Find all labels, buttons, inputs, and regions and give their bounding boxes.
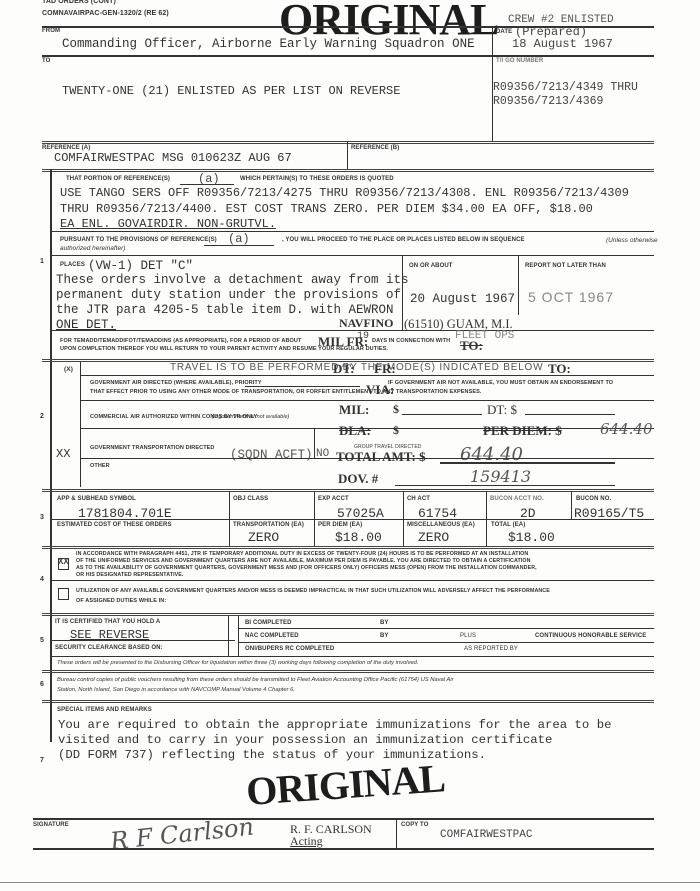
form-title: TAD ORDERS (Cont) bbox=[42, 0, 116, 5]
row-number-6: 6 bbox=[40, 681, 44, 688]
tempo-label: FOR TEMADD/TEMADDIFOT/TEMADDINS (as appr… bbox=[60, 338, 301, 344]
stamp-total-amt: TOTAL AMT: $ bbox=[336, 449, 426, 465]
transport-value: ZERO bbox=[248, 530, 279, 545]
total-label: TOTAL (ea) bbox=[491, 522, 525, 528]
reported-by-label: AS REPORTED BY bbox=[464, 646, 518, 652]
tad-quarters-check-mark: XX bbox=[58, 557, 69, 567]
row-number-4: 4 bbox=[40, 576, 44, 583]
on-or-about-label: ON OR ABOUT bbox=[409, 263, 453, 269]
signature-label: SIGNATURE bbox=[33, 822, 69, 828]
section6-line-1: Bureau control copies of public vouchers… bbox=[57, 677, 454, 683]
misc-value: ZERO bbox=[418, 530, 449, 545]
obj-class-label: OBJ CLASS bbox=[233, 496, 268, 502]
original-stamp-bottom: ORIGINAL bbox=[245, 754, 446, 815]
bucon-no-label: BUCON NO. bbox=[576, 496, 611, 502]
gov-trans-value: (SQDN ACFT) bbox=[230, 448, 313, 462]
places-line3: the JTR para 4205-5 table item D. with A… bbox=[56, 303, 394, 317]
exp-acct-label: EXP ACCT bbox=[318, 496, 349, 502]
travel-header: TRAVEL IS TO BE PERFORMED BY THE MODE(S)… bbox=[170, 362, 543, 373]
gov-air-suffix: IF GOVERNMENT AIR NOT AVAILABLE, YOU MUS… bbox=[388, 380, 613, 386]
from-label: FROM bbox=[42, 28, 60, 34]
form-number: COMNAVAIRPAC-GEN-1320/2 (RE 62) bbox=[42, 10, 169, 17]
impractical-checkbox[interactable] bbox=[58, 588, 69, 600]
per-diem-handwritten: 644.40 bbox=[600, 420, 653, 438]
impractical-text-2: OF ASSIGNED DUTIES WHILE IN: bbox=[76, 598, 166, 604]
stamp-dla-amount: $ bbox=[393, 423, 399, 438]
from-value: Commanding Officer, Airborne Early Warni… bbox=[62, 37, 475, 51]
other-label: OTHER bbox=[90, 463, 110, 469]
place-overstamp: NAVFINO bbox=[339, 316, 393, 331]
nac-by-label: BY bbox=[380, 633, 389, 639]
pursuant-note: (Unless otherwise bbox=[606, 237, 658, 244]
signer-title: Acting bbox=[290, 834, 323, 849]
date-value: 18 August 1967 bbox=[512, 37, 613, 51]
quoted-text-line1: USE TANGO SERS OFF R09356/7213/4275 THRU… bbox=[60, 186, 629, 200]
stamp-dt-2: DT: $ bbox=[487, 402, 517, 418]
copy-to-label: COPY TO bbox=[401, 822, 429, 828]
ch-act-label: CH ACT bbox=[407, 496, 430, 502]
reference-a-value: COMFAIRWESTPAC MSG 010623Z AUG 67 bbox=[54, 151, 292, 165]
transport-label: TRANSPORTATION (ea) bbox=[233, 522, 304, 528]
total-value: $18.00 bbox=[508, 530, 555, 545]
tad-quarters-text-2: OF THE UNIFORMED SERVICES AND GOVERNMENT… bbox=[76, 558, 531, 564]
portion-ref: (a) bbox=[198, 172, 220, 186]
order-number-line2: R09356/7213/4369 bbox=[493, 95, 603, 108]
pursuant-suffix: , YOU WILL PROCEED TO THE PLACE OR PLACE… bbox=[282, 237, 525, 243]
order-number-label: T/I GO NUMBER bbox=[496, 58, 543, 64]
quoted-text-line3: EA ENL. GOVAIRDIR. NON-GRUTVL. bbox=[60, 217, 276, 231]
pursuant-note-2: authorized hereinafter) bbox=[60, 245, 125, 252]
per-diem-value: $18.00 bbox=[335, 530, 382, 545]
certified-label: IT IS CERTIFIED THAT YOU HOLD A bbox=[55, 619, 160, 625]
pursuant-label: PURSUANT TO THE PROVISIONS OF REFERENCE(… bbox=[60, 237, 217, 243]
copy-to-value: COMFAIRWESTPAC bbox=[440, 829, 532, 841]
tad-orders-form: TAD ORDERS (Cont) COMNAVAIRPAC-GEN-1320/… bbox=[0, 0, 700, 891]
bi-by-label: BY bbox=[380, 620, 389, 626]
section6-line-2: Station, North Island, San Diego in acco… bbox=[57, 687, 295, 693]
plus-label: PLUS bbox=[460, 633, 476, 639]
tad-quarters-text-3: AS TO THE AVAILABILITY OF GOVERNMENT QUA… bbox=[76, 565, 537, 571]
impractical-text-1: UTILIZATION OF ANY AVAILABLE GOVERNMENT … bbox=[76, 588, 550, 594]
est-cost-label: ESTIMATED COST OF THESE ORDERS bbox=[57, 522, 172, 528]
continuous-service-label: CONTINUOUS HONORABLE SERVICE bbox=[535, 633, 646, 639]
clearance-label: SECURITY CLEARANCE BASED ON: bbox=[55, 645, 163, 651]
places-line2: permanent duty station under the provisi… bbox=[56, 288, 401, 302]
x-column-label: (X) bbox=[64, 366, 73, 373]
stamp-dov: DOV. # bbox=[338, 471, 378, 487]
dov-handwritten: 159413 bbox=[470, 467, 531, 486]
report-value: 5 OCT 1967 bbox=[528, 289, 614, 305]
report-label: REPORT NOT LATER THAN bbox=[525, 263, 606, 269]
special-items-label: SPECIAL ITEMS AND REMARKS bbox=[57, 707, 152, 713]
gov-air-line2: THAT EFFECT PRIOR TO USING ANY OTHER MOD… bbox=[90, 389, 482, 395]
stamp-per-diem: PER DIEM: $ bbox=[483, 423, 562, 439]
stamp-mil-amount: $ bbox=[393, 402, 399, 417]
tad-quarters-text-1: IN ACCORDANCE WITH PARAGRAPH 4451, JTR I… bbox=[76, 551, 528, 557]
tad-quarters-text-4: OR HIS DESIGNATED REPRESENTATIVE. bbox=[76, 572, 183, 578]
row-number-1: 1 bbox=[40, 258, 44, 265]
row-number-3: 3 bbox=[40, 514, 44, 521]
oni-completed-label: ONI/BUPERS RC COMPLETED bbox=[245, 646, 334, 652]
gov-trans-mark: XX bbox=[56, 447, 70, 461]
to-value: TWENTY-ONE (21) ENLISTED AS PER LIST ON … bbox=[62, 84, 400, 98]
stamp-mil: MIL: bbox=[339, 402, 369, 418]
stamp-dla: DLA: bbox=[339, 423, 371, 439]
places-line1: These orders involve a detachment away f… bbox=[56, 273, 409, 287]
misc-label: MISCELLANEOUS (ea) bbox=[407, 522, 475, 528]
liquidation-note: These orders will be presented to the Di… bbox=[57, 660, 419, 666]
remarks-line-1: You are required to obtain the appropria… bbox=[58, 718, 611, 732]
order-number-line1: R09356/7213/4349 THRU bbox=[493, 81, 638, 94]
commercial-note: (If government air not available) bbox=[212, 414, 289, 420]
quoted-text-line2: THRU R09356/7213/4400. EST COST TRANS ZE… bbox=[60, 202, 593, 216]
tempo-suffix: DAYS IN CONNECTION WITH bbox=[372, 338, 450, 344]
row-number-5: 5 bbox=[40, 637, 44, 644]
bucon-acct-label: BUCON ACCT NO. bbox=[490, 496, 544, 502]
portion-suffix: WHICH PERTAIN(S) TO THESE ORDERS IS QUOT… bbox=[240, 176, 394, 182]
on-or-about-value: 20 August 1967 bbox=[410, 292, 515, 306]
remarks-line-2: visited and to carry in your possession … bbox=[58, 733, 552, 747]
places-title: (VW-1) DET "C" bbox=[88, 259, 193, 273]
nac-completed-label: NAC COMPLETED bbox=[245, 633, 299, 639]
bi-completed-label: BI COMPLETED bbox=[245, 620, 292, 626]
reference-b-label: REFERENCE (b) bbox=[351, 145, 399, 151]
portion-label: THAT PORTION OF REFERENCE(S) bbox=[66, 176, 170, 182]
per-diem-label: PER DIEM (ea) bbox=[318, 522, 362, 528]
stamp-to: TO: bbox=[460, 338, 483, 354]
places-label: PLACES bbox=[60, 262, 85, 268]
stamp-mil-fr: MIL FR: bbox=[318, 334, 368, 350]
gov-air-label: GOVERNMENT AIR DIRECTED (Where Available… bbox=[90, 380, 262, 386]
pursuant-ref: (a) bbox=[228, 232, 250, 246]
gov-trans-label: GOVERNMENT TRANSPORTATION DIRECTED bbox=[90, 445, 215, 451]
row-number-7: 7 bbox=[40, 757, 44, 764]
app-label: APP & SUBHEAD SYMBOL bbox=[57, 496, 136, 502]
row-number-2: 2 bbox=[40, 413, 44, 420]
to-label: TO bbox=[42, 58, 50, 64]
date-label: DATE bbox=[496, 29, 512, 35]
